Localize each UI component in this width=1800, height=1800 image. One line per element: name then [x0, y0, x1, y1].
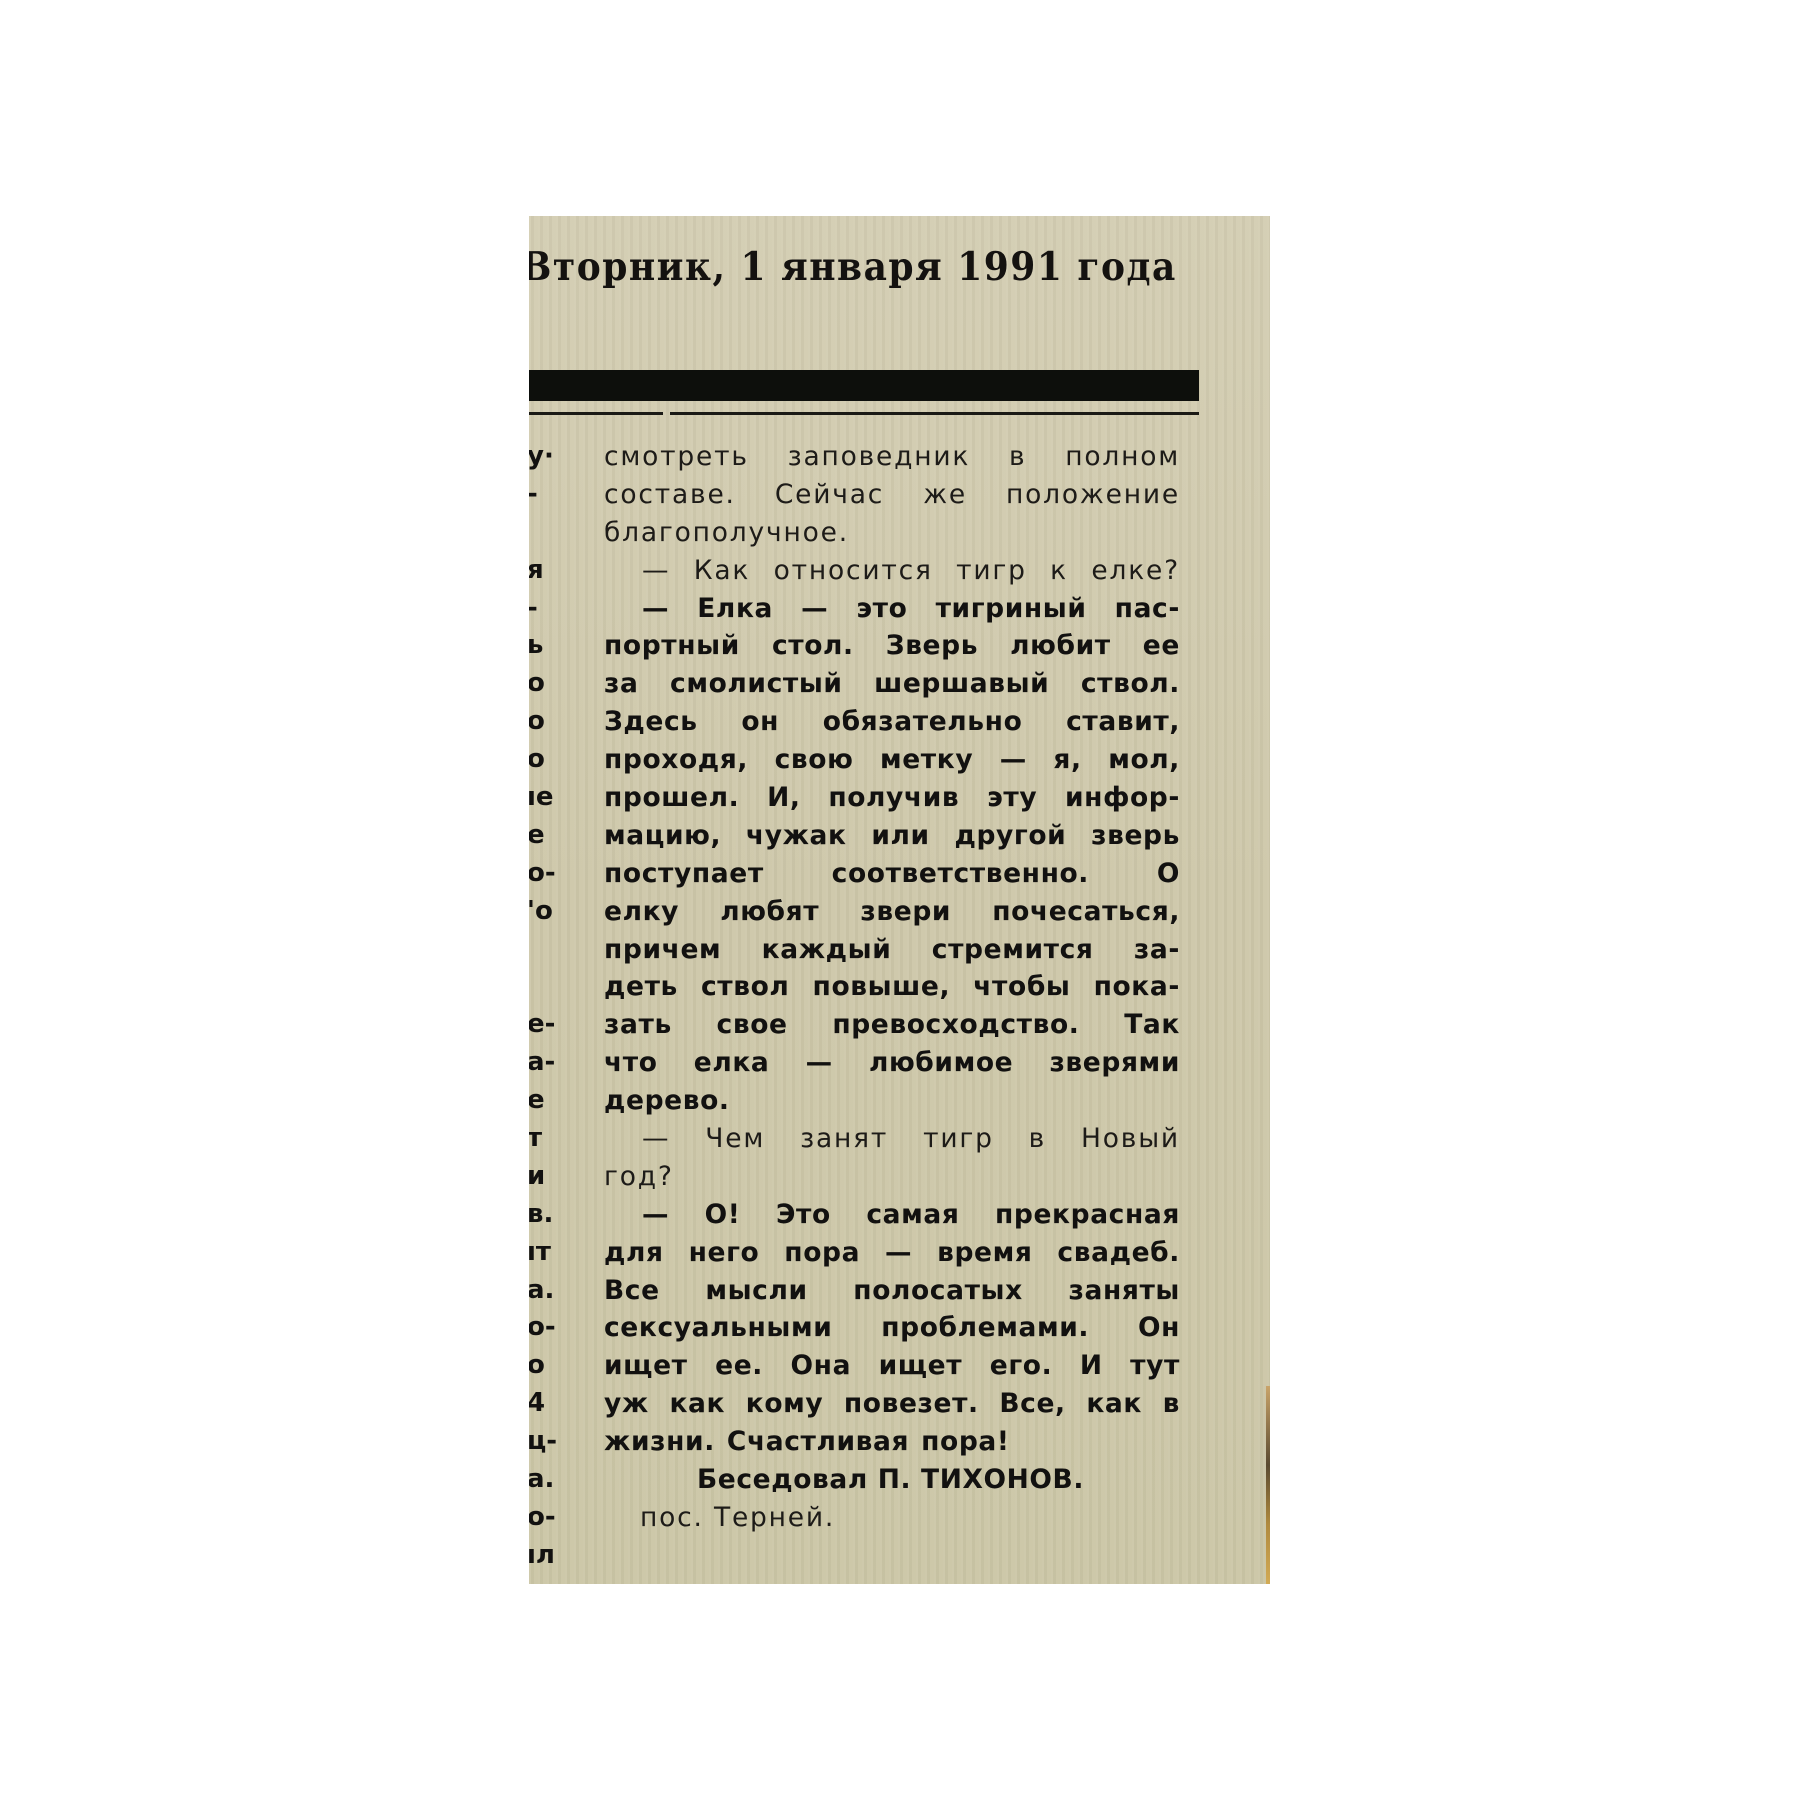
- article-line: прошел.И,получивэтуинфор-: [604, 779, 1180, 817]
- fragment-line: я: [529, 552, 557, 590]
- fragment-line: о: [529, 741, 557, 779]
- article-body: смотретьзаповедниквполномсоставе.Сейчасж…: [604, 438, 1180, 1537]
- fragment-line: е-: [529, 1006, 557, 1044]
- fragment-line: -: [529, 590, 557, 628]
- fragment-line: е: [529, 817, 557, 855]
- fragment-line: а.: [529, 1272, 557, 1310]
- column-rule-right: [670, 412, 1199, 415]
- fragment-line: о: [529, 1347, 557, 1385]
- article-line: мацию,чужакилидругойзверь: [604, 817, 1180, 855]
- article-line: составе.Сейчасжеположение: [604, 476, 1180, 514]
- article-line: —О!Этосамаяпрекрасная: [604, 1196, 1180, 1234]
- fragment-line: ıт: [529, 1234, 557, 1272]
- column-rule-left: [529, 412, 663, 415]
- dateline-place: пос. Терней.: [604, 1499, 1180, 1537]
- article-line: портныйстол.Зверьлюбитее: [604, 627, 1180, 665]
- fragment-line: -: [529, 476, 557, 514]
- fragment-line: ıе: [529, 779, 557, 817]
- article-line: проходя,своюметку—я,мол,: [604, 741, 1180, 779]
- fragment-line: 4: [529, 1385, 557, 1423]
- fragment-line: в.: [529, 1196, 557, 1234]
- fragment-line: и: [529, 1158, 557, 1196]
- fragment-line: а.: [529, 1461, 557, 1499]
- fragment-line: у·: [529, 438, 557, 476]
- previous-column-fragment: у·-я-ьоооıеео-'ое-а-етив.ıта.о-о4ц-а.о-ı…: [529, 438, 557, 1575]
- article-line: затьсвоепревосходство.Так: [604, 1006, 1180, 1044]
- article-line: смотретьзаповедниквполном: [604, 438, 1180, 476]
- article-line: —Елка—этотигриныйпас-: [604, 590, 1180, 628]
- header-rule-thick: [529, 370, 1199, 401]
- fragment-line: ь: [529, 627, 557, 665]
- article-line: —ЧемзаняттигрвНовый: [604, 1120, 1180, 1158]
- article-line: жизни.Счастливаяпора!: [604, 1423, 1180, 1461]
- article-line: Здесьонобязательноставит,: [604, 703, 1180, 741]
- article-line: благополучное.: [604, 514, 1180, 552]
- fragment-line: [529, 931, 557, 969]
- article-line: Всемыслиполосатыхзаняты: [604, 1272, 1180, 1310]
- fragment-line: ıл: [529, 1537, 557, 1575]
- article-line: ужкаккомуповезет.Все,какв: [604, 1385, 1180, 1423]
- article-line: елкулюбятзверипочесаться,: [604, 893, 1180, 931]
- fragment-line: о-: [529, 855, 557, 893]
- article-line: причемкаждыйстремитсяза-: [604, 931, 1180, 969]
- article-line: дерево.: [604, 1082, 1180, 1120]
- newspaper-clipping: Вторник, 1 января 1991 года у·-я-ьоооıее…: [529, 216, 1270, 1584]
- article-line: сексуальнымипроблемами.Он: [604, 1309, 1180, 1347]
- article-line: длянегопора—времясвадеб.: [604, 1234, 1180, 1272]
- article-line: год?: [604, 1158, 1180, 1196]
- article-line: чтоелка—любимоезверями: [604, 1044, 1180, 1082]
- fragment-line: [529, 514, 557, 552]
- fragment-line: ц-: [529, 1423, 557, 1461]
- article-line: ищетее.Онаищетего.Итут: [604, 1347, 1180, 1385]
- torn-edge: [1266, 1386, 1270, 1584]
- fragment-line: [529, 968, 557, 1006]
- fragment-line: о-: [529, 1309, 557, 1347]
- newspaper-dateline: Вторник, 1 января 1991 года: [529, 244, 1241, 289]
- fragment-line: е: [529, 1082, 557, 1120]
- fragment-line: т: [529, 1120, 557, 1158]
- fragment-line: а-: [529, 1044, 557, 1082]
- author-signature: Беседовал П. ТИХОНОВ.: [604, 1461, 1180, 1499]
- article-line: поступаетсоответственно.О: [604, 855, 1180, 893]
- article-line: засмолистыйшершавыйствол.: [604, 665, 1180, 703]
- fragment-line: о-: [529, 1499, 557, 1537]
- article-line: —Какотноситсятигркелке?: [604, 552, 1180, 590]
- fragment-line: 'о: [529, 893, 557, 931]
- article-line: детьстволповыше,чтобыпока-: [604, 968, 1180, 1006]
- fragment-line: о: [529, 703, 557, 741]
- fragment-line: о: [529, 665, 557, 703]
